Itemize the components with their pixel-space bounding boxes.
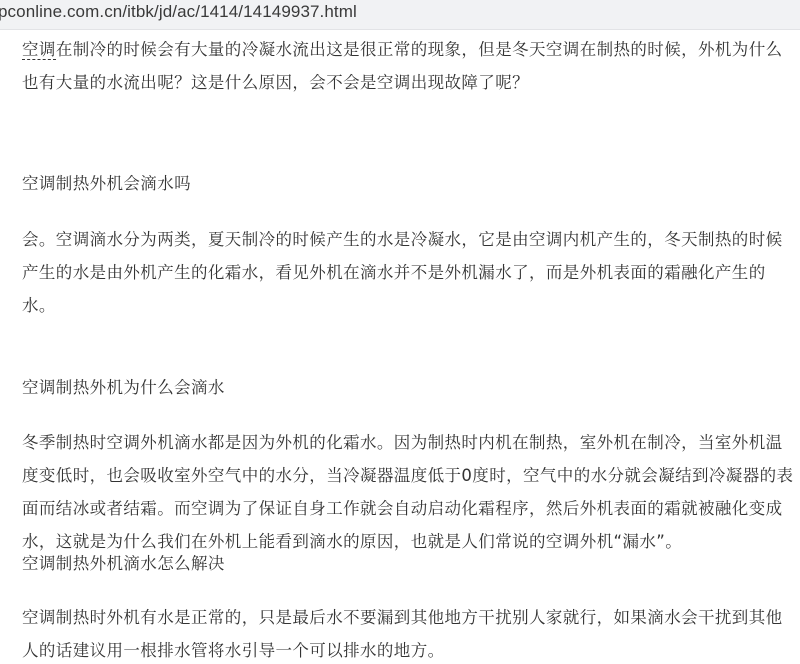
url-text[interactable]: pconline.com.cn/itbk/jd/ac/1414/14149937…: [0, 2, 357, 22]
section-body-3: 空调制热时外机有水是正常的，只是最后水不要漏到其他地方干扰别人家就行，如果滴水会…: [22, 601, 798, 664]
section-body-2: 冬季制热时空调外机滴水都是因为外机的化霜水。因为制热时内机在制热，室外机在制冷，…: [22, 426, 798, 558]
section-heading-3: 空调制热外机滴水怎么解决: [22, 547, 225, 580]
section-heading-2: 空调制热外机为什么会滴水: [22, 371, 225, 404]
section-body-1: 会。空调滴水分为两类，夏天制冷的时候产生的水是冷凝水，它是由空调内机产生的，冬天…: [22, 223, 798, 322]
intro-paragraph: 空调在制冷的时候会有大量的冷凝水流出这是很正常的现象，但是冬天空调在制热的时候，…: [22, 33, 798, 99]
section-heading-1: 空调制热外机会滴水吗: [22, 167, 191, 200]
intro-text: 在制冷的时候会有大量的冷凝水流出这是很正常的现象，但是冬天空调在制热的时候，外机…: [22, 40, 783, 92]
underlined-term[interactable]: 空调: [22, 40, 56, 60]
address-bar[interactable]: pconline.com.cn/itbk/jd/ac/1414/14149937…: [0, 0, 800, 30]
